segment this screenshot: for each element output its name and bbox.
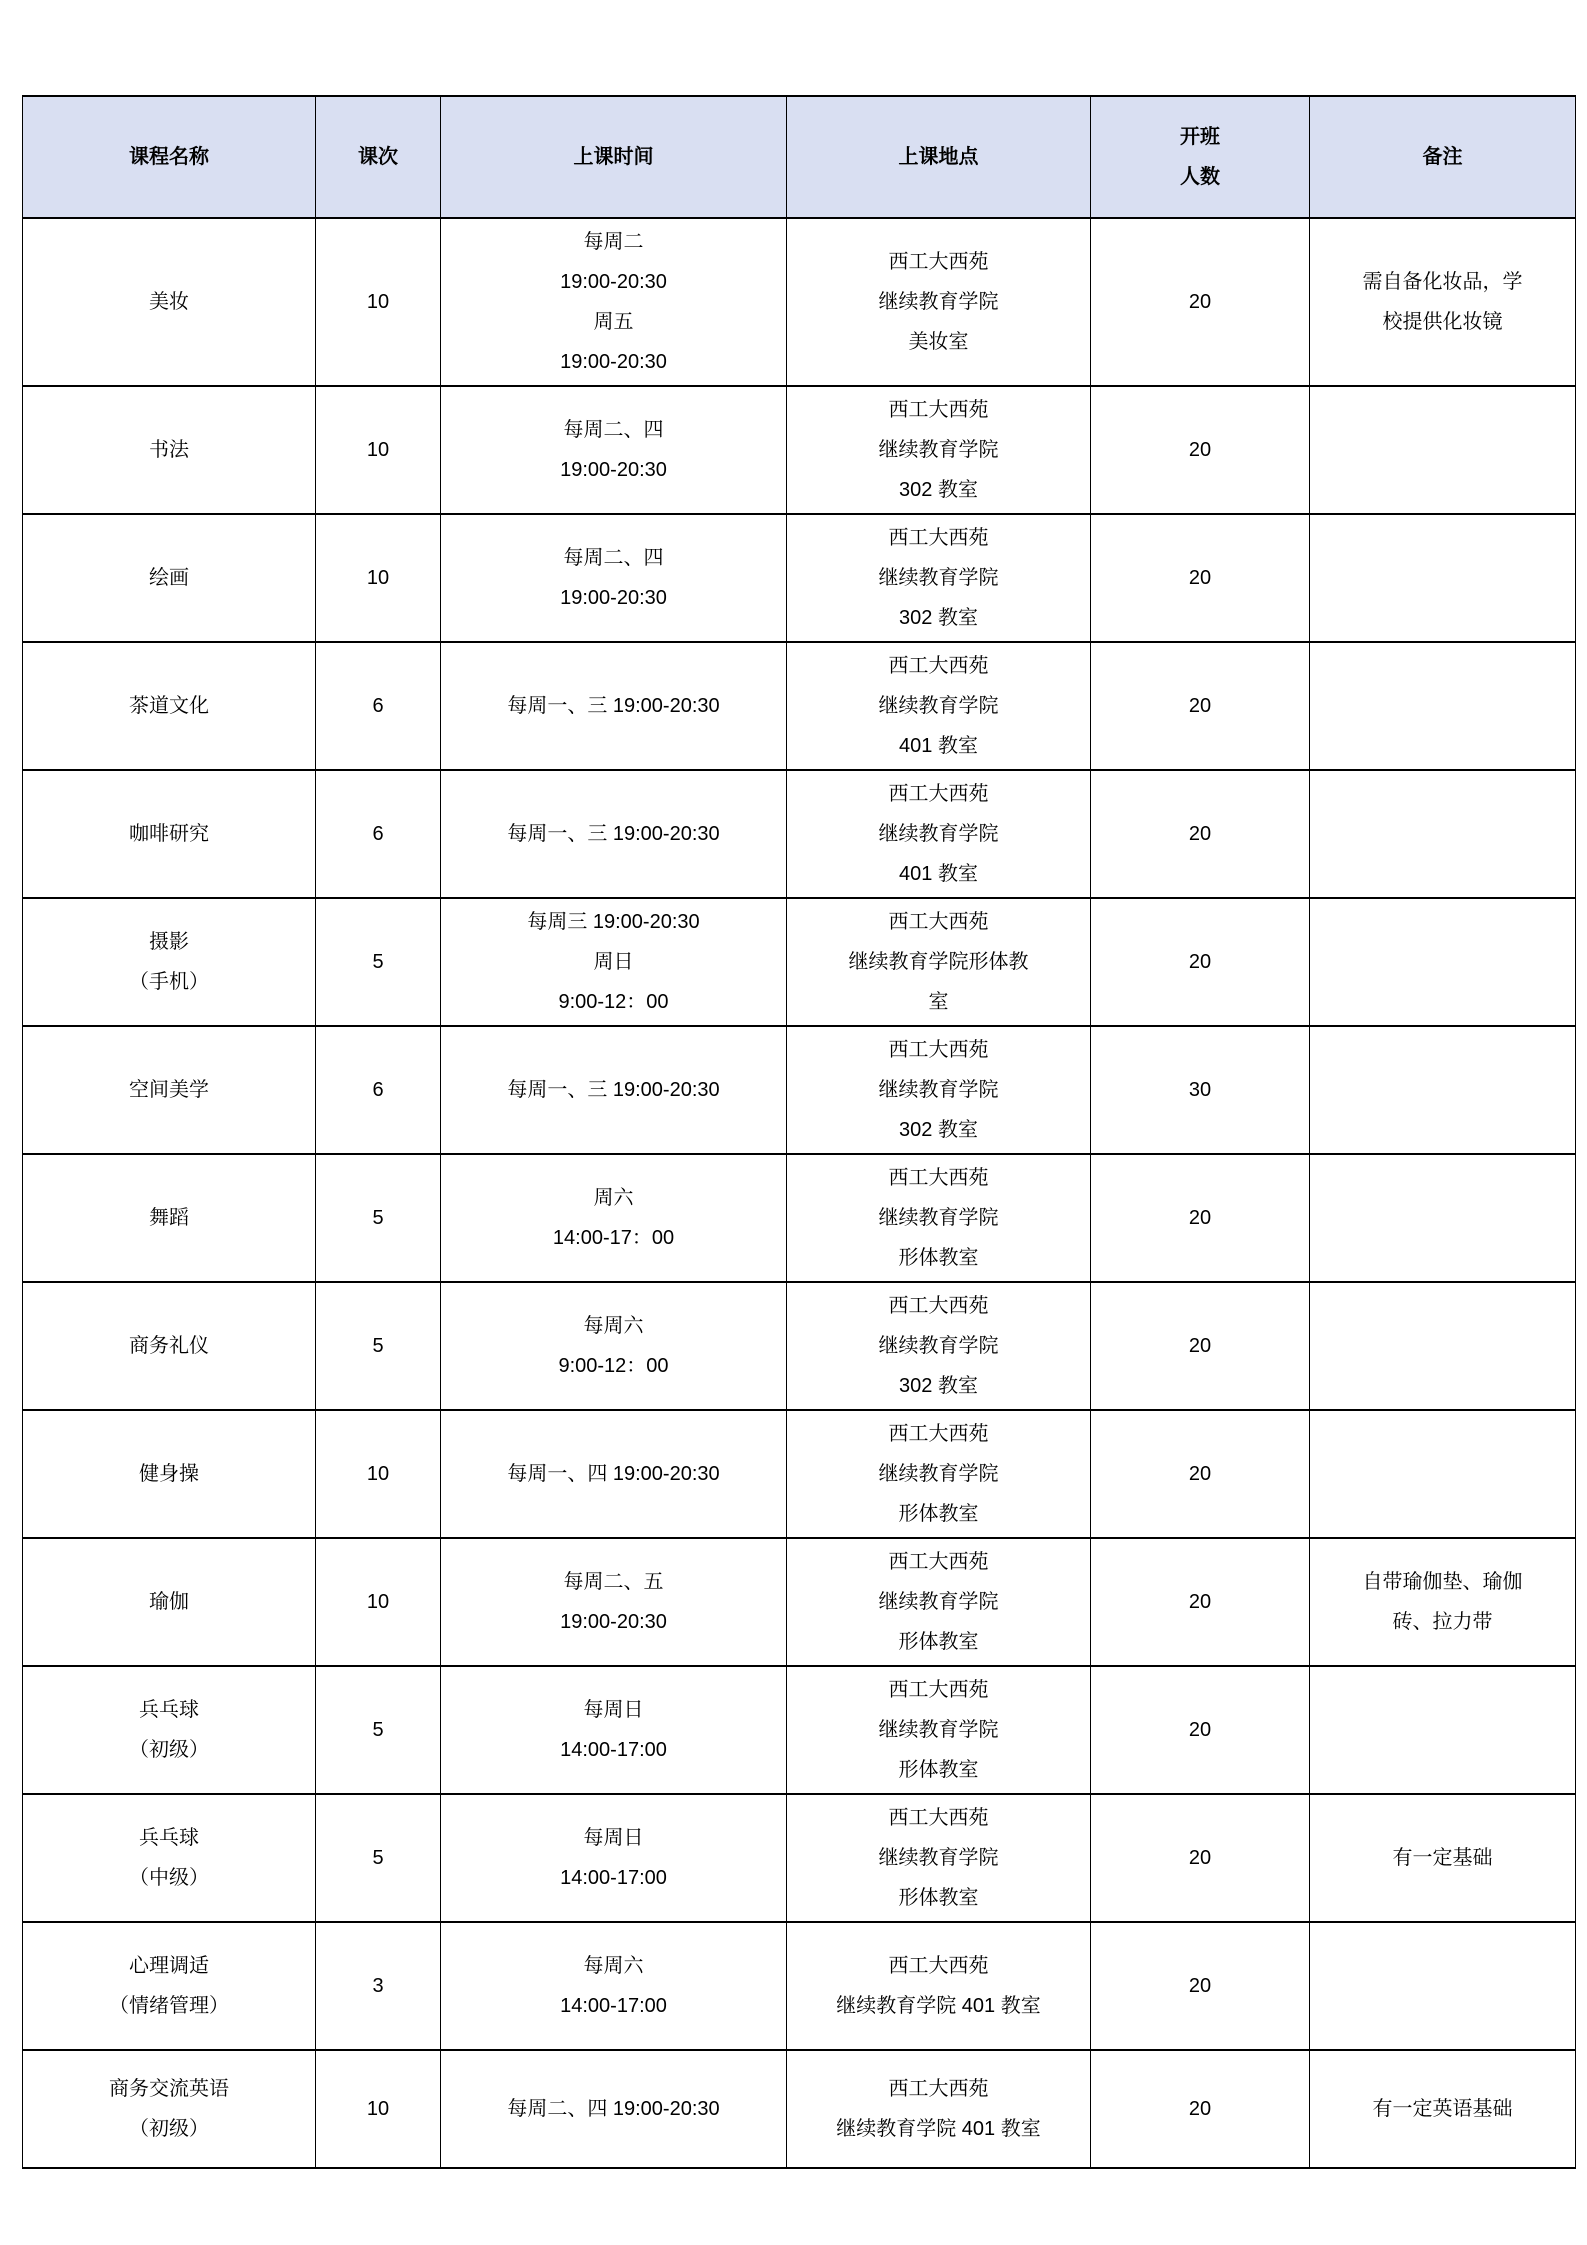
cell-capacity: 20 xyxy=(1091,386,1310,514)
cell-course-name: 心理调适 （情绪管理） xyxy=(23,1922,316,2050)
cell-location: 西工大西苑 继续教育学院 302 教室 xyxy=(787,1026,1091,1154)
cell-location: 西工大西苑 继续教育学院 形体教室 xyxy=(787,1538,1091,1666)
cell-location: 西工大西苑 继续教育学院 401 教室 xyxy=(787,642,1091,770)
document-sheet: 课程名称 课次 上课时间 上课地点 开班 人数 备注 美妆 10 每周二 19:… xyxy=(22,95,1576,2169)
table-row: 书法 10 每周二、四 19:00-20:30 西工大西苑 继续教育学院 302… xyxy=(23,386,1576,514)
table-row: 兵乓球 （初级） 5 每周日 14:00-17:00 西工大西苑 继续教育学院 … xyxy=(23,1666,1576,1794)
column-header-course-name: 课程名称 xyxy=(23,96,316,218)
table-row: 舞蹈 5 周六 14:00-17：00 西工大西苑 继续教育学院 形体教室 20 xyxy=(23,1154,1576,1282)
cell-sessions: 10 xyxy=(316,2050,441,2168)
cell-note xyxy=(1310,1922,1576,2050)
cell-location: 西工大西苑 继续教育学院 401 教室 xyxy=(787,770,1091,898)
cell-capacity: 20 xyxy=(1091,898,1310,1026)
cell-note xyxy=(1310,386,1576,514)
cell-capacity: 20 xyxy=(1091,1410,1310,1538)
cell-location: 西工大西苑 继续教育学院 401 教室 xyxy=(787,2050,1091,2168)
cell-time: 每周二、四 19:00-20:30 xyxy=(441,2050,787,2168)
cell-capacity: 20 xyxy=(1091,218,1310,386)
table-row: 商务礼仪 5 每周六 9:00-12：00 西工大西苑 继续教育学院 302 教… xyxy=(23,1282,1576,1410)
cell-capacity: 30 xyxy=(1091,1026,1310,1154)
cell-course-name: 茶道文化 xyxy=(23,642,316,770)
table-row: 咖啡研究 6 每周一、三 19:00-20:30 西工大西苑 继续教育学院 40… xyxy=(23,770,1576,898)
cell-sessions: 6 xyxy=(316,1026,441,1154)
cell-note: 有一定基础 xyxy=(1310,1794,1576,1922)
cell-sessions: 10 xyxy=(316,386,441,514)
cell-location: 西工大西苑 继续教育学院 形体教室 xyxy=(787,1154,1091,1282)
cell-time: 每周日 14:00-17:00 xyxy=(441,1666,787,1794)
cell-capacity: 20 xyxy=(1091,1922,1310,2050)
cell-note xyxy=(1310,898,1576,1026)
cell-time: 每周二 19:00-20:30 周五 19:00-20:30 xyxy=(441,218,787,386)
cell-location: 西工大西苑 继续教育学院 形体教室 xyxy=(787,1794,1091,1922)
cell-sessions: 5 xyxy=(316,1666,441,1794)
cell-location: 西工大西苑 继续教育学院 302 教室 xyxy=(787,514,1091,642)
cell-note xyxy=(1310,770,1576,898)
cell-sessions: 5 xyxy=(316,1154,441,1282)
cell-course-name: 商务礼仪 xyxy=(23,1282,316,1410)
table-row: 空间美学 6 每周一、三 19:00-20:30 西工大西苑 继续教育学院 30… xyxy=(23,1026,1576,1154)
cell-course-name: 瑜伽 xyxy=(23,1538,316,1666)
cell-course-name: 兵乓球 （初级） xyxy=(23,1666,316,1794)
cell-sessions: 5 xyxy=(316,1794,441,1922)
cell-course-name: 绘画 xyxy=(23,514,316,642)
cell-sessions: 6 xyxy=(316,642,441,770)
cell-sessions: 10 xyxy=(316,1538,441,1666)
cell-course-name: 美妆 xyxy=(23,218,316,386)
cell-time: 每周二、四 19:00-20:30 xyxy=(441,386,787,514)
cell-time: 每周一、三 19:00-20:30 xyxy=(441,1026,787,1154)
cell-sessions: 10 xyxy=(316,514,441,642)
table-row: 心理调适 （情绪管理） 3 每周六 14:00-17:00 西工大西苑 继续教育… xyxy=(23,1922,1576,2050)
cell-location: 西工大西苑 继续教育学院形体教 室 xyxy=(787,898,1091,1026)
cell-capacity: 20 xyxy=(1091,1538,1310,1666)
table-row: 摄影 （手机） 5 每周三 19:00-20:30 周日 9:00-12：00 … xyxy=(23,898,1576,1026)
column-header-location: 上课地点 xyxy=(787,96,1091,218)
table-row: 绘画 10 每周二、四 19:00-20:30 西工大西苑 继续教育学院 302… xyxy=(23,514,1576,642)
cell-note: 有一定英语基础 xyxy=(1310,2050,1576,2168)
cell-course-name: 健身操 xyxy=(23,1410,316,1538)
course-schedule-table: 课程名称 课次 上课时间 上课地点 开班 人数 备注 美妆 10 每周二 19:… xyxy=(22,95,1576,2169)
cell-time: 每周一、三 19:00-20:30 xyxy=(441,642,787,770)
column-header-sessions: 课次 xyxy=(316,96,441,218)
table-row: 茶道文化 6 每周一、三 19:00-20:30 西工大西苑 继续教育学院 40… xyxy=(23,642,1576,770)
cell-capacity: 20 xyxy=(1091,1794,1310,1922)
cell-sessions: 5 xyxy=(316,1282,441,1410)
cell-course-name: 舞蹈 xyxy=(23,1154,316,1282)
cell-capacity: 20 xyxy=(1091,2050,1310,2168)
cell-sessions: 6 xyxy=(316,770,441,898)
cell-note: 自带瑜伽垫、瑜伽 砖、拉力带 xyxy=(1310,1538,1576,1666)
table-row: 健身操 10 每周一、四 19:00-20:30 西工大西苑 继续教育学院 形体… xyxy=(23,1410,1576,1538)
cell-time: 每周日 14:00-17:00 xyxy=(441,1794,787,1922)
cell-capacity: 20 xyxy=(1091,642,1310,770)
cell-location: 西工大西苑 继续教育学院 形体教室 xyxy=(787,1666,1091,1794)
cell-time: 每周一、四 19:00-20:30 xyxy=(441,1410,787,1538)
cell-location: 西工大西苑 继续教育学院 302 教室 xyxy=(787,1282,1091,1410)
cell-note: 需自备化妆品，学 校提供化妆镜 xyxy=(1310,218,1576,386)
cell-note xyxy=(1310,642,1576,770)
cell-location: 西工大西苑 继续教育学院 形体教室 xyxy=(787,1410,1091,1538)
cell-course-name: 兵乓球 （中级） xyxy=(23,1794,316,1922)
cell-sessions: 10 xyxy=(316,218,441,386)
column-header-capacity: 开班 人数 xyxy=(1091,96,1310,218)
cell-time: 每周二、五 19:00-20:30 xyxy=(441,1538,787,1666)
cell-time: 每周六 9:00-12：00 xyxy=(441,1282,787,1410)
table-row: 兵乓球 （中级） 5 每周日 14:00-17:00 西工大西苑 继续教育学院 … xyxy=(23,1794,1576,1922)
column-header-note: 备注 xyxy=(1310,96,1576,218)
cell-capacity: 20 xyxy=(1091,514,1310,642)
table-header-row: 课程名称 课次 上课时间 上课地点 开班 人数 备注 xyxy=(23,96,1576,218)
cell-note xyxy=(1310,1410,1576,1538)
table-row: 瑜伽 10 每周二、五 19:00-20:30 西工大西苑 继续教育学院 形体教… xyxy=(23,1538,1576,1666)
cell-sessions: 10 xyxy=(316,1410,441,1538)
cell-sessions: 5 xyxy=(316,898,441,1026)
cell-time: 每周三 19:00-20:30 周日 9:00-12：00 xyxy=(441,898,787,1026)
cell-note xyxy=(1310,1154,1576,1282)
cell-note xyxy=(1310,514,1576,642)
cell-course-name: 书法 xyxy=(23,386,316,514)
cell-course-name: 商务交流英语 （初级） xyxy=(23,2050,316,2168)
cell-course-name: 摄影 （手机） xyxy=(23,898,316,1026)
table-row: 商务交流英语 （初级） 10 每周二、四 19:00-20:30 西工大西苑 继… xyxy=(23,2050,1576,2168)
table-row: 美妆 10 每周二 19:00-20:30 周五 19:00-20:30 西工大… xyxy=(23,218,1576,386)
column-header-time: 上课时间 xyxy=(441,96,787,218)
cell-capacity: 20 xyxy=(1091,770,1310,898)
cell-note xyxy=(1310,1026,1576,1154)
cell-time: 周六 14:00-17：00 xyxy=(441,1154,787,1282)
cell-sessions: 3 xyxy=(316,1922,441,2050)
cell-course-name: 咖啡研究 xyxy=(23,770,316,898)
cell-time: 每周一、三 19:00-20:30 xyxy=(441,770,787,898)
cell-time: 每周六 14:00-17:00 xyxy=(441,1922,787,2050)
cell-capacity: 20 xyxy=(1091,1154,1310,1282)
cell-location: 西工大西苑 继续教育学院 美妆室 xyxy=(787,218,1091,386)
cell-location: 西工大西苑 继续教育学院 401 教室 xyxy=(787,1922,1091,2050)
cell-capacity: 20 xyxy=(1091,1666,1310,1794)
cell-time: 每周二、四 19:00-20:30 xyxy=(441,514,787,642)
cell-capacity: 20 xyxy=(1091,1282,1310,1410)
cell-location: 西工大西苑 继续教育学院 302 教室 xyxy=(787,386,1091,514)
cell-course-name: 空间美学 xyxy=(23,1026,316,1154)
cell-note xyxy=(1310,1282,1576,1410)
cell-note xyxy=(1310,1666,1576,1794)
